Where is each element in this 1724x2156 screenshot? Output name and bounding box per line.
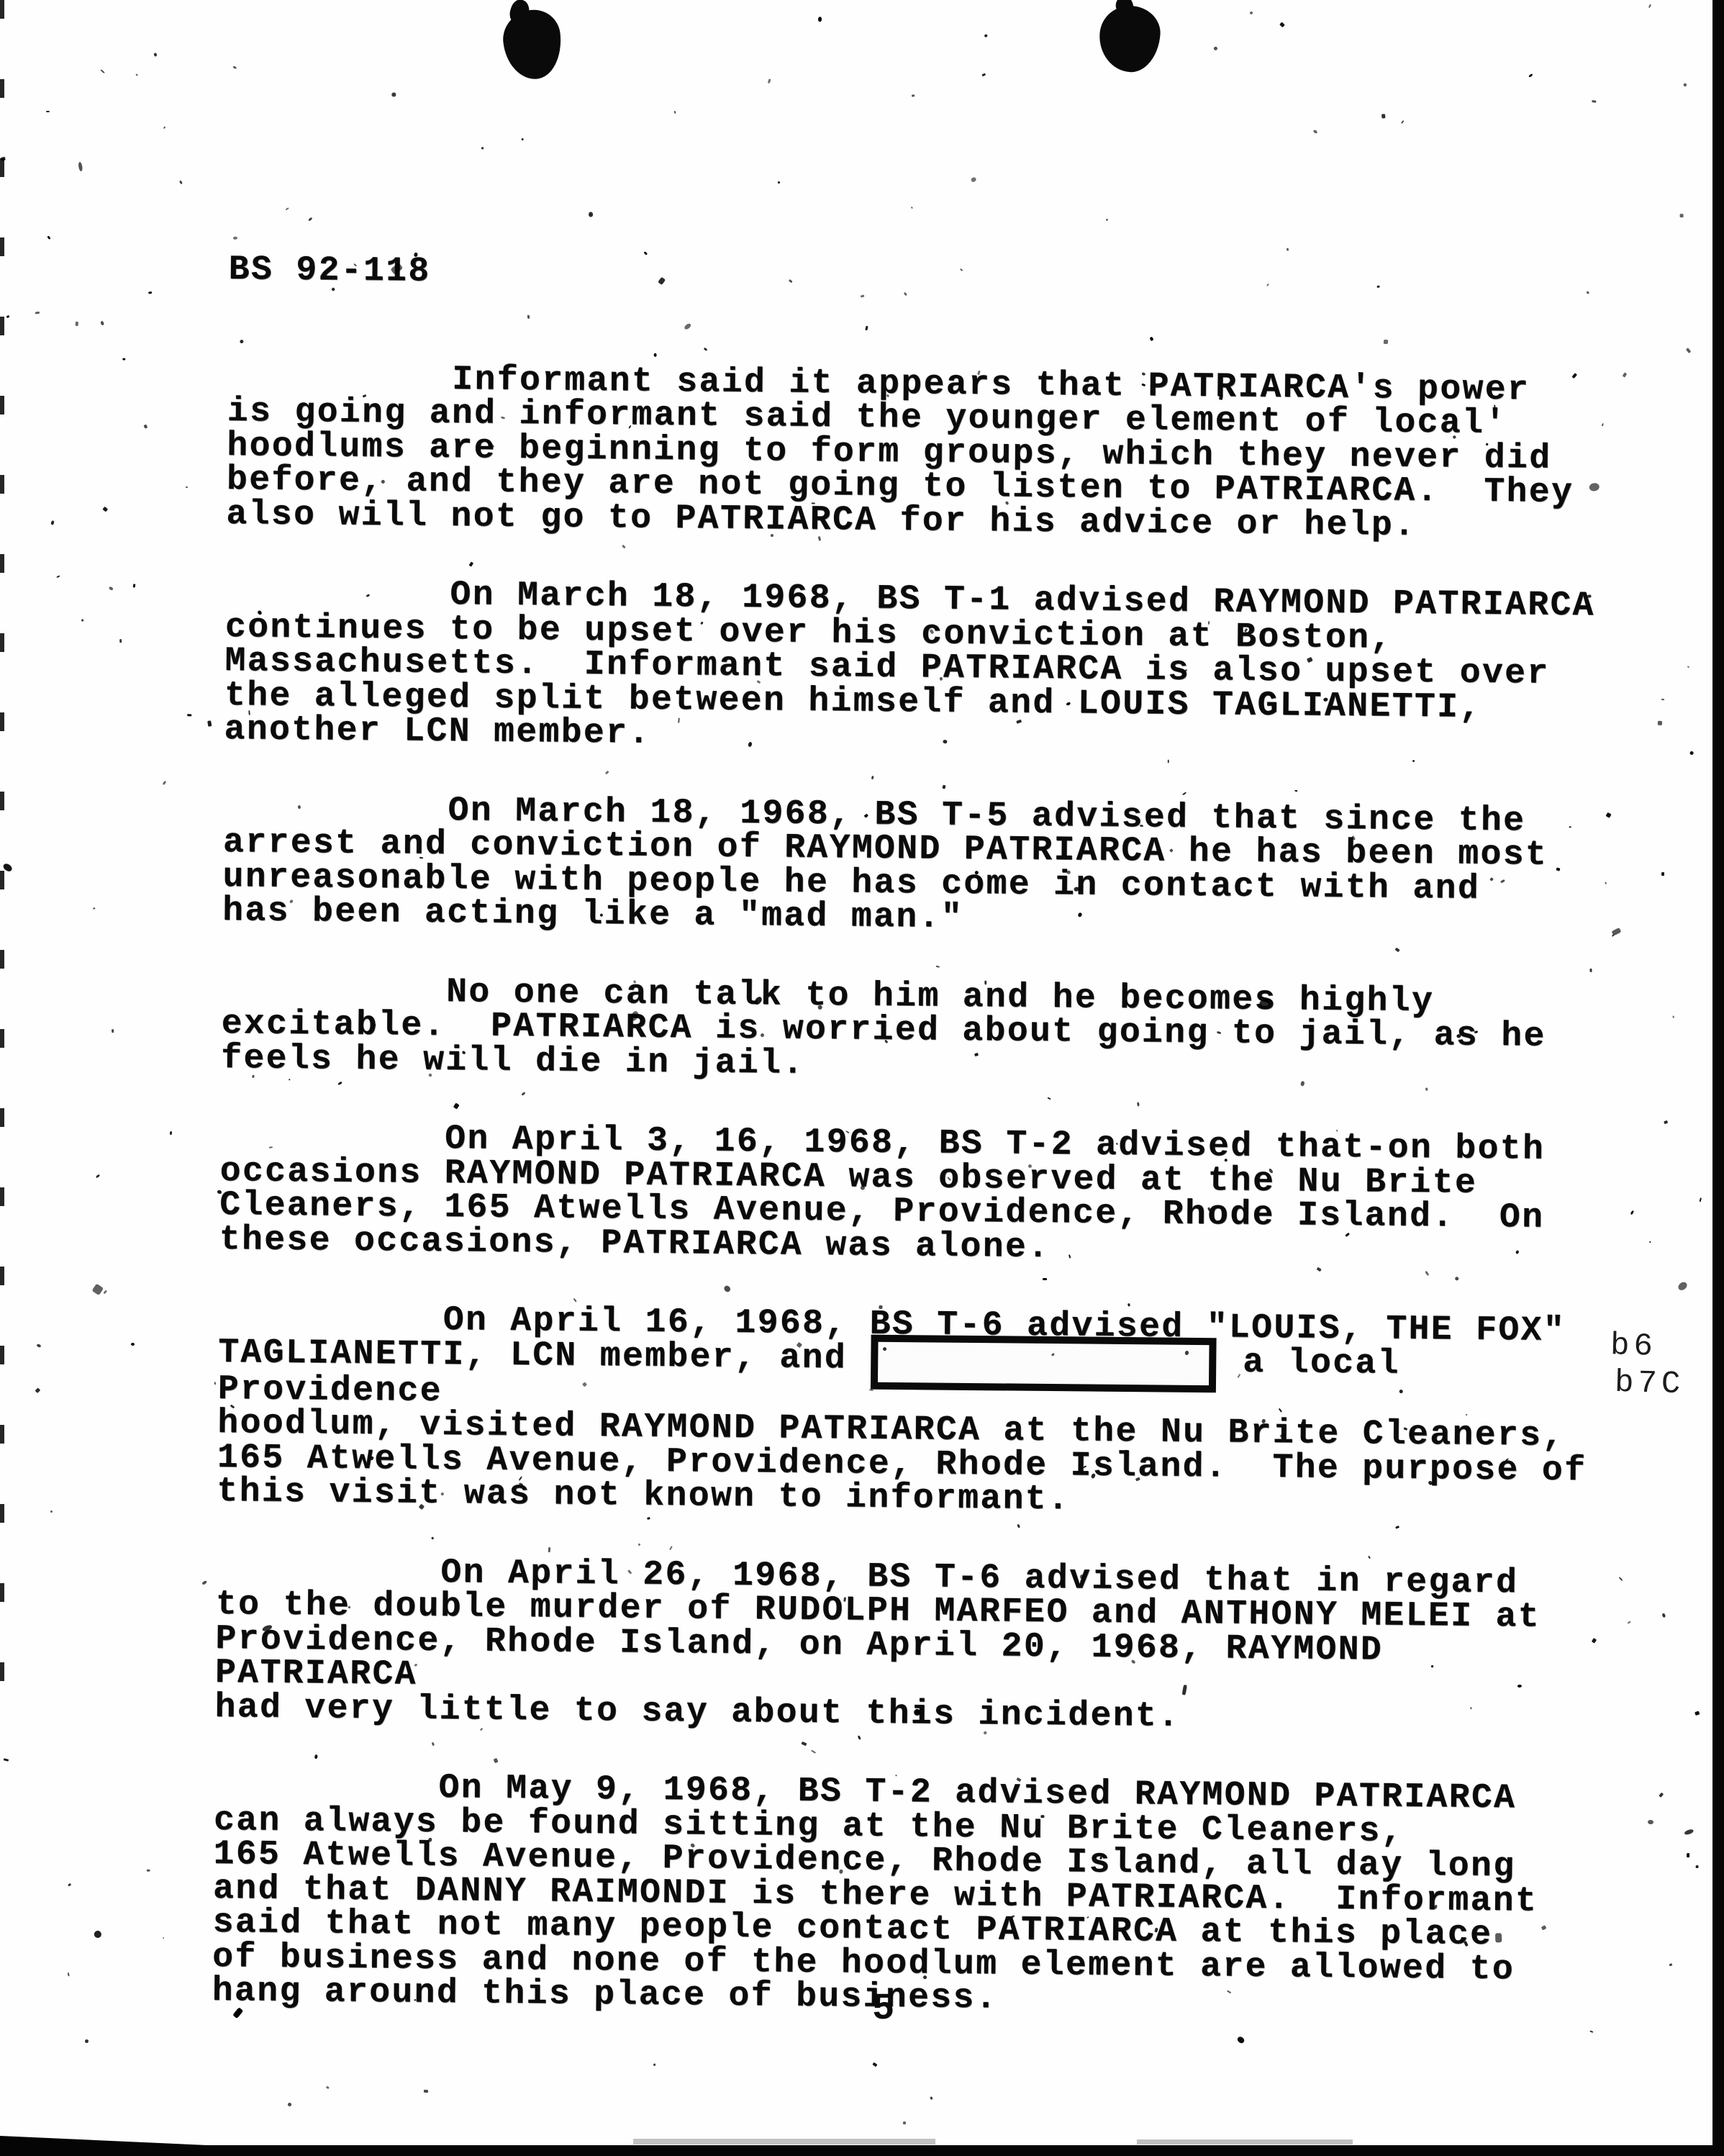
exemption-note-b7c: b7C xyxy=(1614,1365,1684,1403)
document-page: BS 92-118 Informant said it appears that… xyxy=(0,0,1724,2156)
paragraph-3: On March 18, 1968, BS T-5 advised that s… xyxy=(222,792,1612,942)
scan-edge-bottom-chunk xyxy=(0,2136,245,2156)
paragraph-4: No one can talk to him and he becomes hi… xyxy=(221,973,1610,1089)
redaction-box xyxy=(871,1334,1217,1392)
scan-edge-right xyxy=(1712,0,1724,2156)
paragraph-2: On March 18, 1968, BS T-1 advised RAYMON… xyxy=(224,576,1614,761)
hole-punch-ink-mark-left xyxy=(500,7,565,82)
hole-punch-ink-mark-right xyxy=(1097,4,1162,74)
paragraph-1: Informant said it appears that PATRIARCA… xyxy=(226,361,1616,545)
paragraph-8: On May 9, 1968, BS T-2 advised RAYMOND P… xyxy=(212,1770,1603,2022)
exemption-note-b6: b6 xyxy=(1610,1328,1657,1365)
file-number: BS 92-118 xyxy=(229,253,1618,301)
paragraph-5: On April 3, 16, 1968, BS T-2 advised tha… xyxy=(219,1120,1610,1271)
scan-edge-bottom xyxy=(0,2145,1724,2156)
paragraph-7: On April 26, 1968, BS T-6 advised that i… xyxy=(214,1554,1605,1738)
scan-edge-left xyxy=(0,0,4,1691)
scan-smudge xyxy=(633,2139,935,2144)
document-text: BS 92-118 Informant said it appears that… xyxy=(212,253,1618,2067)
paragraph-6: On April 16, 1968, BS T-6 advised "LOUIS… xyxy=(217,1302,1607,1523)
page-number: 5 xyxy=(872,1988,894,2030)
scan-smudge xyxy=(1137,2139,1353,2144)
